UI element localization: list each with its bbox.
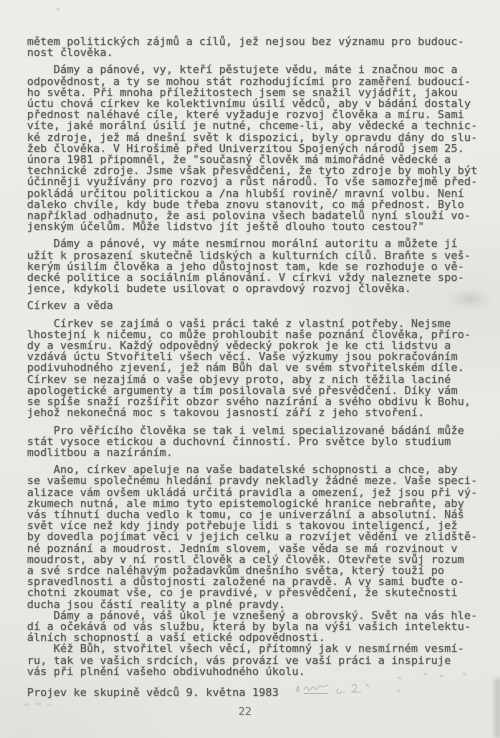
scan-speck (463, 673, 466, 675)
footer-caption: Projev ke skupině vědců 9. května 1983 (27, 687, 490, 698)
scan-speck (397, 690, 400, 692)
section-heading: Církev a věda (27, 300, 490, 311)
scan-speck (398, 677, 401, 679)
paragraph-science-responsibility: Dámy a pánové, vy, kteří pěstujete vědu,… (27, 64, 490, 232)
handwritten-pencil-note (292, 679, 402, 703)
paragraph-spiritual-activity: Pro věřícího člověka se tak i velmi spec… (27, 425, 490, 459)
scan-speck (424, 673, 427, 675)
paragraph-appeal-and-closing: Ano, církev apeluje na vaše badatelské s… (27, 464, 490, 677)
paragraph-moral-authority: Dámy a pánové, vy máte nesmírnou morální… (27, 238, 490, 294)
scan-speck (440, 675, 443, 677)
page-number: 22 (0, 706, 495, 717)
paragraph-church-interest: Církev se zajímá o vaši práci také z vla… (27, 318, 490, 419)
scanned-typewritten-page: mětem politických zájmů a cílů, jež nejs… (0, 0, 500, 738)
scan-speck (56, 8, 60, 10)
typewritten-text-column: mětem politických zájmů a cílů, jež nejs… (27, 36, 490, 698)
scan-edge-shadow (492, 678, 500, 738)
paragraph-continuation: mětem politických zájmů a cílů, jež nejs… (27, 36, 490, 58)
